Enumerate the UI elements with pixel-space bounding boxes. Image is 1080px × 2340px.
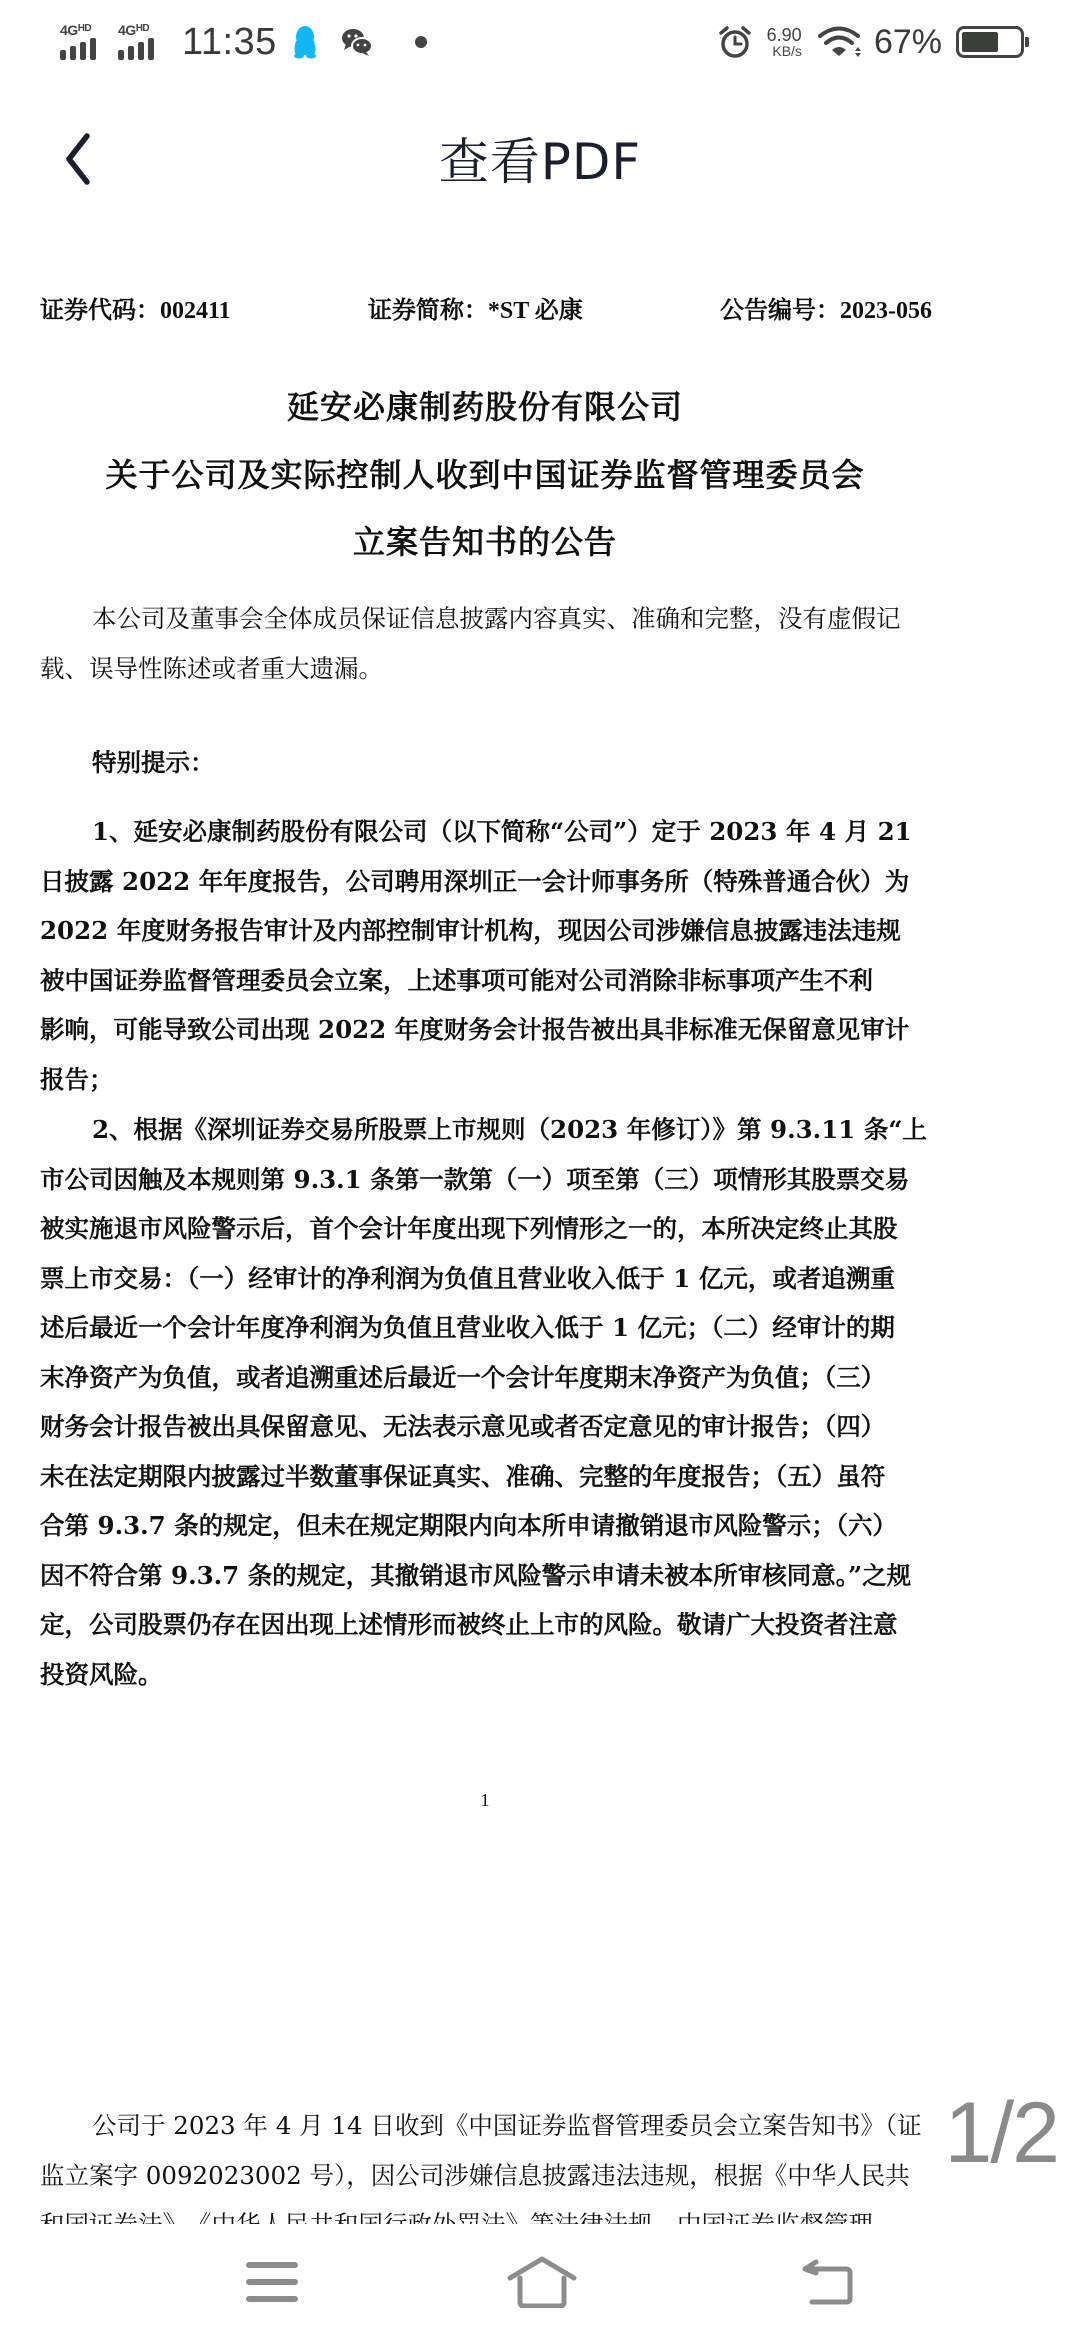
page2-paragraph: 公司于 2023 年 4 月 14 日收到《中国证券监督管理委员会立案告知书》（… [40,2101,932,2224]
item2-line: 合第 9.3.7 条的规定，但未在规定期限内向本所申请撤销退市风险警示；（六） [40,1501,932,1551]
page2-line: 和国证券法》、《中华人民共和国行政处罚法》等法律法规，中国证券监督管理 [40,2200,932,2224]
item2-line: 市公司因触及本规则第 9.3.1 条第一款第（一）项至第（三）项情形其股票交易 [40,1155,932,1205]
home-button[interactable] [502,2252,582,2312]
item2-line: 因不符合第 9.3.7 条的规定，其撤销退市风险警示申请未被本所审核同意。”之规 [40,1551,932,1601]
item1-line: 影响，可能导致公司出现 2022 年度财务会计报告被出具非标准无保留意见审计 [40,1005,932,1055]
item2-line: 2、根据《深圳证券交易所股票上市规则（2023 年修订）》第 9.3.11 条“… [40,1105,932,1155]
item2-line: 未在法定期限内披露过半数董事保证真实、准确、完整的年度报告；（五）虽符 [40,1452,932,1502]
item2-line: 述后最近一个会计年度净利润为负值且营业收入低于 1 亿元；（二）经审计的期 [40,1303,932,1353]
item2-line: 被实施退市风险警示后，首个会计年度出现下列情形之一的，本所决定终止其股 [40,1204,932,1254]
status-bar: 4GHD 4GHD 11:35 [0,0,1080,84]
sim2-signal-icon: 4GHD [116,20,168,64]
intro-paragraph: 本公司及董事会全体成员保证信息披露内容真实、准确和完整，没有虚假记 载、误导性陈… [40,594,932,693]
intro-line: 本公司及董事会全体成员保证信息披露内容真实、准确和完整，没有虚假记 [40,594,932,644]
page2-line: 公司于 2023 年 4 月 14 日收到《中国证券监督管理委员会立案告知书》（… [40,2101,932,2151]
qq-icon [291,25,319,59]
item2-paragraph: 2、根据《深圳证券交易所股票上市规则（2023 年修订）》第 9.3.11 条“… [40,1105,932,1699]
page2-line: 监立案字 0092023002 号），因公司涉嫌信息披露违法违规，根据《中华人民… [40,2151,932,2201]
item1-line: 2022 年度财务报告审计及内部控制审计机构，现因公司涉嫌信息披露违法违规 [40,906,932,956]
intro-line: 载、误导性陈述或者重大遗漏。 [40,644,932,694]
status-bar-right: 6.90 KB/s 67% [718,18,1024,66]
home-icon [506,2256,578,2308]
special-note-label: 特别提示： [92,744,215,779]
sim1-signal-icon: 4GHD [58,20,110,64]
pdf-viewer[interactable]: 证券代码：002411 证券简称：*ST 必康 公告编号：2023-056 延安… [0,234,1080,2224]
stock-code: 证券代码：002411 [40,290,231,325]
wechat-icon [341,27,373,57]
page-number: 1 [0,1790,970,1811]
system-nav-bar [0,2224,1080,2340]
item1-line: 被中国证券监督管理委员会立案，上述事项可能对公司消除非标事项产生不利 [40,956,932,1006]
item1-line: 1、延安必康制药股份有限公司（以下简称“公司”）定于 2023 年 4 月 21 [40,807,932,857]
item1-paragraph: 1、延安必康制药股份有限公司（以下简称“公司”）定于 2023 年 4 月 21… [40,807,932,1104]
item2-line: 票上市交易：（一）经审计的净利润为负值且营业收入低于 1 亿元，或者追溯重 [40,1254,932,1304]
item2-line: 财务会计报告被出具保留意见、无法表示意见或者否定意见的审计报告；（四） [40,1402,932,1452]
announcement-meta: 证券代码：002411 证券简称：*ST 必康 公告编号：2023-056 [40,290,932,325]
battery-icon [956,26,1024,58]
status-bar-left: 4GHD 4GHD 11:35 [58,18,427,66]
page-title: 查看PDF [0,122,1080,194]
sim2-network-label: 4G [118,22,136,38]
sim2-hd-label: HD [136,23,149,34]
doc-title-line3: 立案告知书的公告 [0,517,970,563]
network-speed-unit: KB/s [772,44,802,58]
notification-dot-icon [415,36,427,48]
menu-icon [246,2261,298,2303]
network-speed-value: 6.90 [767,26,802,44]
back-icon [800,2259,856,2305]
item2-line: 投资风险。 [40,1650,932,1700]
item1-line: 报告； [40,1055,932,1105]
item2-line: 定，公司股票仍存在因出现上述情形而被终止上市的风险。敬请广大投资者注意 [40,1600,932,1650]
network-speed: 6.90 KB/s [766,26,802,58]
page-indicator: 1/2 [944,2090,1058,2176]
item1-line: 日披露 2022 年年度报告，公司聘用深圳正一会计师事务所（特殊普通合伙）为 [40,857,932,907]
recent-apps-button[interactable] [232,2252,312,2312]
doc-title-line2: 关于公司及实际控制人收到中国证券监督管理委员会 [0,450,970,496]
sim1-hd-label: HD [78,23,91,34]
battery-percentage: 67% [874,23,942,62]
stock-short-name: 证券简称：*ST 必康 [368,290,583,325]
notice-number: 公告编号：2023-056 [720,290,932,325]
back-nav-button[interactable] [788,2252,868,2312]
sim1-network-label: 4G [60,22,78,38]
doc-title-company: 延安必康制药股份有限公司 [0,382,970,428]
wifi-icon [818,25,864,59]
clock: 11:35 [182,21,277,64]
item2-line: 末净资产为负值，或者追溯重述后最近一个会计年度期末净资产为负值；（三） [40,1353,932,1403]
alarm-icon [718,25,752,59]
app-header: 查看PDF [0,84,1080,234]
